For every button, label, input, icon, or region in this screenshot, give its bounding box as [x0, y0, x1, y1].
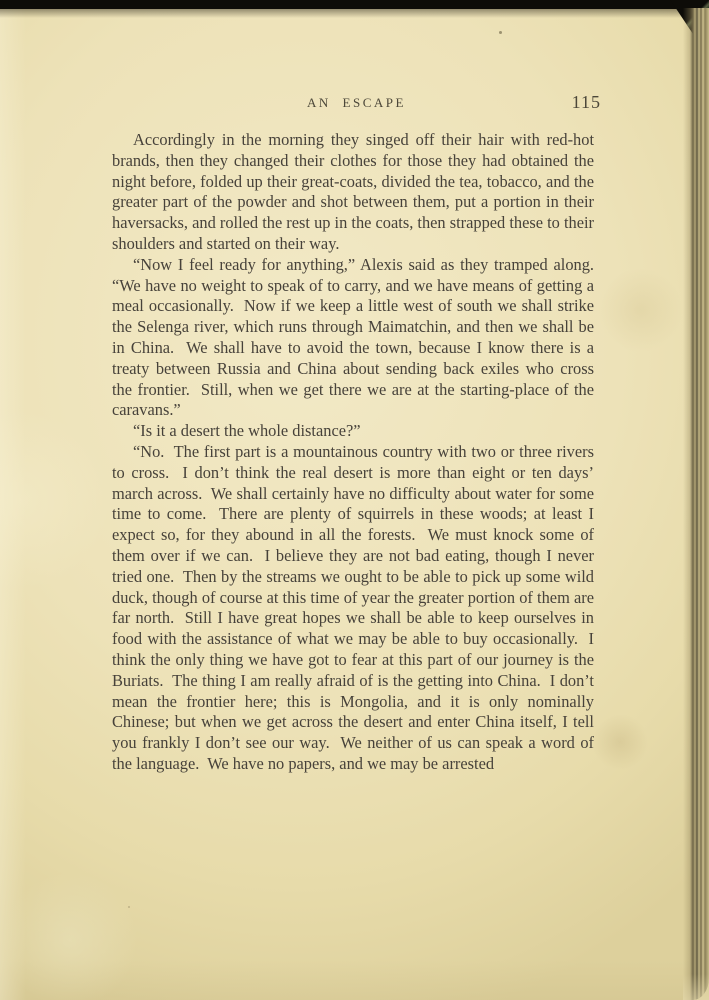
book-fore-edge — [683, 8, 709, 1000]
scanned-book-page: AN ESCAPE 115 Accordingly in the morning… — [0, 0, 709, 1000]
paragraph-1: Accordingly in the morning they singed o… — [112, 130, 594, 255]
page-number: 115 — [572, 92, 601, 113]
running-title: AN ESCAPE — [112, 95, 601, 111]
paragraph-2: “Now I feel ready for anything,” Alexis … — [112, 255, 594, 421]
paper-speck — [128, 906, 130, 908]
scanner-backdrop-top — [0, 0, 709, 9]
page-body-text: Accordingly in the morning they singed o… — [112, 130, 594, 775]
paper-speck — [499, 31, 502, 34]
paragraph-4: “No. The first part is a mountainous cou… — [112, 442, 594, 775]
paragraph-3: “Is it a desert the whole distance?” — [112, 421, 594, 442]
page-header: AN ESCAPE 115 — [112, 92, 601, 114]
